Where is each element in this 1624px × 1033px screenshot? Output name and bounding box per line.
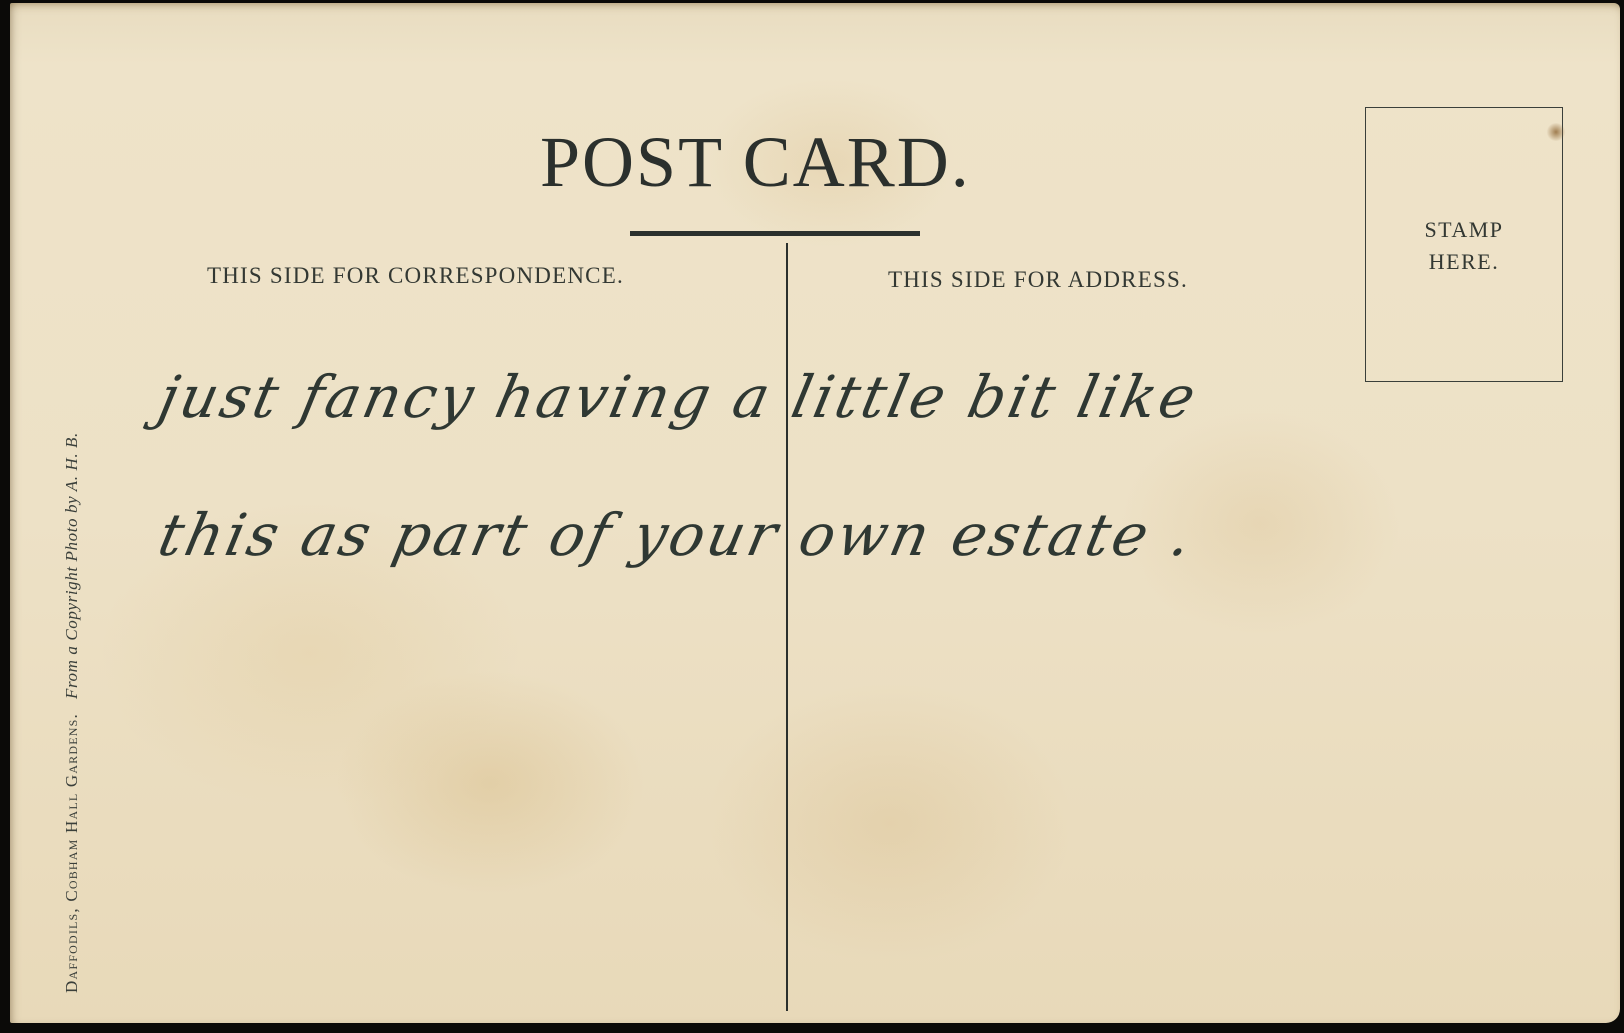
handwritten-line-2: this as part of your own estate .	[153, 501, 1201, 569]
correspondence-label: THIS SIDE FOR CORRESPONDENCE.	[207, 263, 624, 289]
caption-credit: From a Copyright Photo by A. H. B.	[62, 432, 81, 699]
title-underline-rule	[630, 231, 920, 236]
caption-subject: Daffodils, Cobham Hall Gardens.	[62, 713, 81, 993]
stain-spot	[1546, 123, 1566, 141]
center-divider-line	[786, 243, 788, 1011]
postcard-title: POST CARD.	[540, 121, 971, 204]
address-label: THIS SIDE FOR ADDRESS.	[888, 267, 1188, 293]
handwritten-line-1: just fancy having a little bit like	[153, 363, 1205, 431]
stamp-line-1: STAMP	[1366, 214, 1562, 246]
side-caption: Daffodils, Cobham Hall Gardens.From a Co…	[62, 432, 82, 993]
stamp-box: STAMP HERE.	[1365, 107, 1563, 382]
stamp-line-2: HERE.	[1366, 246, 1562, 278]
stamp-box-text: STAMP HERE.	[1366, 214, 1562, 278]
postcard-back: Daffodils, Cobham Hall Gardens.From a Co…	[10, 3, 1620, 1023]
